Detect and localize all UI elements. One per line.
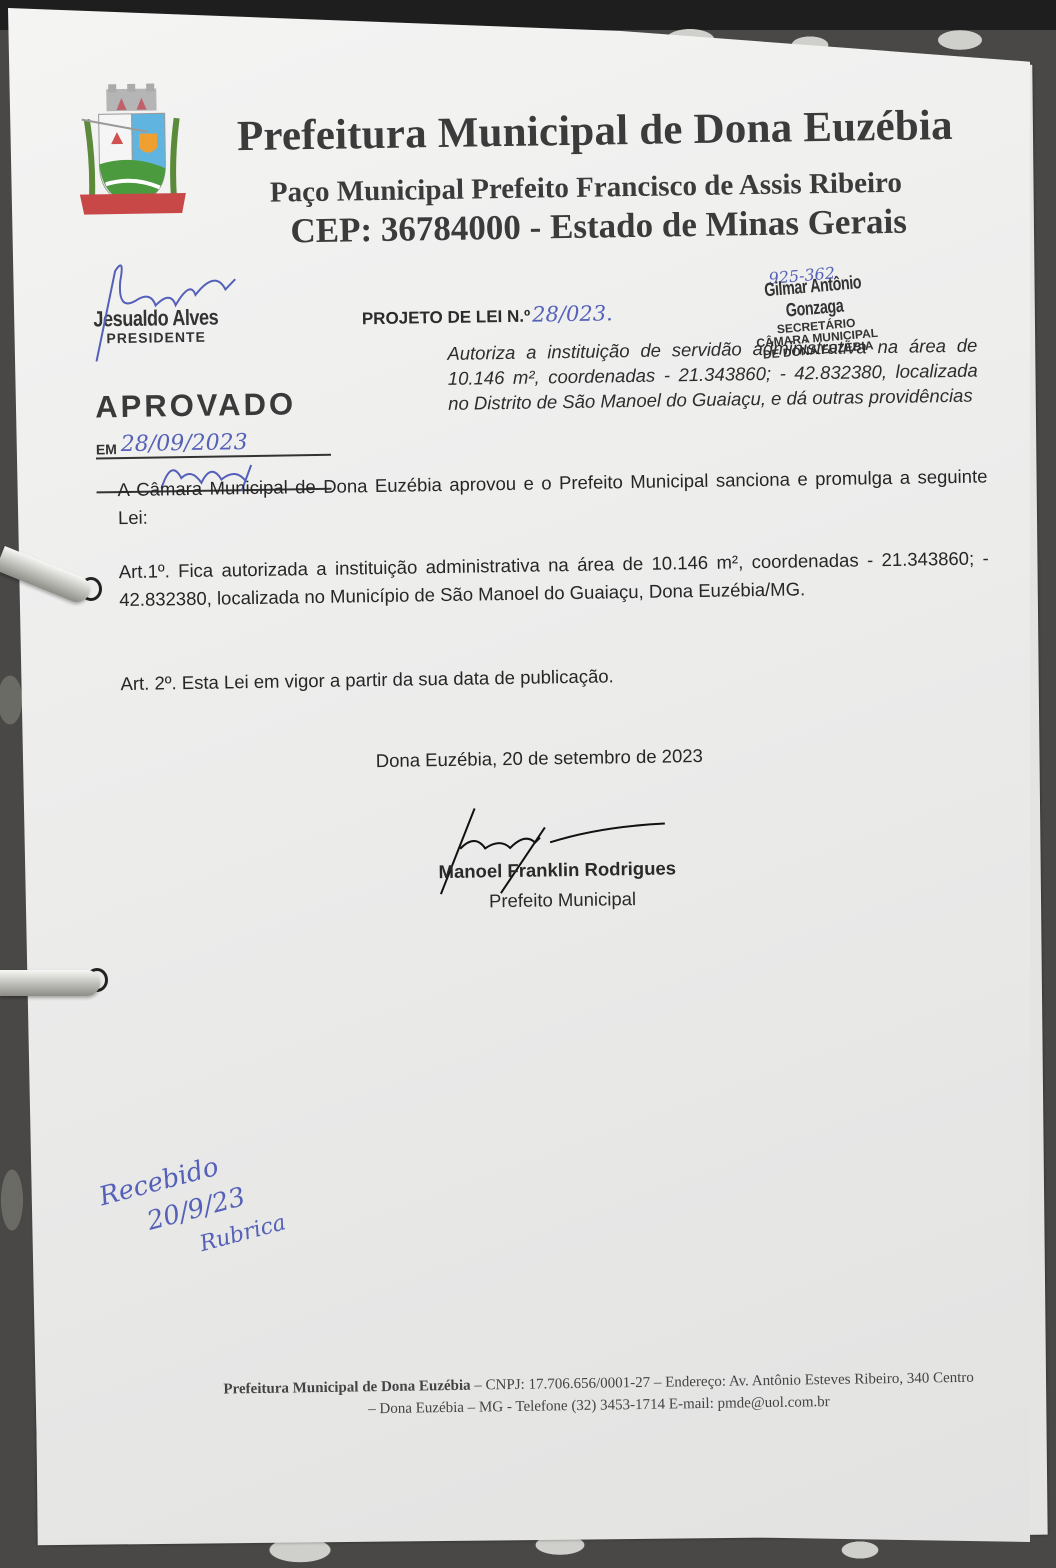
approval-date-line: EM 28/09/2023	[96, 422, 332, 460]
binder-ring-icon	[0, 970, 100, 996]
approval-label: APROVADO	[95, 386, 331, 426]
footer: Prefeitura Municipal de Dona Euzébia – C…	[154, 1366, 1045, 1424]
document-page: Prefeitura Municipal de Dona Euzébia Paç…	[8, 8, 1030, 1542]
received-note: Recebido 20/9/23 Rubrica	[95, 1129, 316, 1285]
president-stamp: Jesualdo Alves PRESIDENTE	[76, 304, 237, 347]
article-2-text: Art. 2º. Esta Lei em vigor a partir da s…	[120, 656, 990, 698]
president-signature-icon	[75, 249, 247, 372]
header-cep: CEP: 36784000 - Estado de Minas Gerais	[290, 202, 907, 252]
mayor-signature-icon	[429, 795, 681, 899]
document-content: Prefeitura Municipal de Dona Euzébia Paç…	[0, 0, 1043, 1550]
bill-number: PROJETO DE LEI N.º28/023.	[362, 301, 613, 329]
place-date: Dona Euzébia, 20 de setembro de 2023	[376, 745, 703, 772]
header-title: Prefeitura Municipal de Dona Euzébia	[237, 101, 954, 161]
approval-date: 28/09/2023	[121, 430, 248, 457]
bill-summary: Autoriza a instituição de servidão admin…	[447, 333, 978, 416]
footer-org: Prefeitura Municipal de Dona Euzébia	[223, 1378, 470, 1398]
mayor-name: Manoel Franklin Rodrigues	[438, 857, 676, 883]
bill-number-value: 28/023.	[532, 301, 613, 326]
bill-label: PROJETO DE LEI N.º	[362, 307, 531, 329]
approval-em-label: EM	[96, 441, 117, 457]
coat-of-arms-icon	[76, 83, 188, 225]
mayor-role: Prefeito Municipal	[489, 888, 636, 912]
article-1-text: Art.1º. Fica autorizada a instituição ad…	[119, 544, 990, 614]
